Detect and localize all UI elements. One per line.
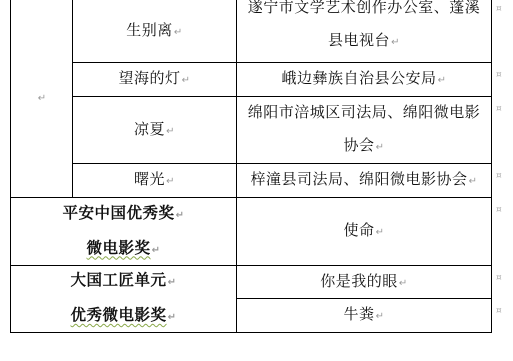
award-title: 优秀微电影奖 [71,306,167,324]
film-title: 牛粪 [344,305,375,323]
org-line: 县电视台 [328,31,390,49]
award-title: 平安中国优秀奖 [63,204,175,222]
award-title: 大国工匠单元 [71,271,167,289]
row-end-mark: ¤ [496,205,502,215]
film-cell: 凉夏↵ [73,97,236,163]
film-title: 你是我的眼 [320,272,398,290]
empty-category-cell: ↵ [11,0,72,197]
org-cell: 绵阳市涪城区司法局、绵阳微电影 协会↵ [237,97,491,163]
org-cell: 遂宁市文学艺术创作办公室、蓬溪 县电视台↵ [237,0,491,62]
row-end-mark: ¤ [496,70,502,80]
film-title: 曙光 [134,170,165,188]
org-line: 遂宁市文学艺术创作办公室、蓬溪 [248,0,481,24]
paragraph-mark: ↵ [38,93,46,104]
award-title: 微电影奖 [87,239,151,257]
award-title-cell: 大国工匠单元↵ 优秀微电影奖↵ [11,266,236,332]
row-end-mark: ¤ [496,4,502,14]
row-end-mark: ¤ [496,273,502,283]
table-border-right [491,0,492,333]
row-end-mark: ¤ [496,306,502,316]
award-title-cell: 平安中国优秀奖↵ 微电影奖↵ [11,198,236,265]
org-line: 峨边彝族自治县公安局 [282,69,437,87]
film-cell: 望海的灯↵ [73,63,236,96]
award-film-cell: 使命↵ [237,198,491,265]
film-cell: 曙光↵ [73,164,236,197]
org-cell: 峨边彝族自治县公安局↵ [237,63,491,96]
org-line: 梓潼县司法局、绵阳微电影协会 [251,170,468,188]
org-line: 协会 [344,136,375,154]
org-line: 绵阳市涪城区司法局、绵阳微电影 [248,96,481,129]
row-end-mark: ¤ [496,104,502,114]
film-title: 使命 [344,221,375,239]
award-film-cell: 牛粪↵ [237,299,491,332]
award-film-cell: 你是我的眼↵ [237,266,491,298]
row-end-mark: ¤ [496,171,502,181]
film-title: 望海的灯 [119,69,181,87]
org-cell: 梓潼县司法局、绵阳微电影协会↵ [237,164,491,197]
film-title: 生别离 [126,21,173,39]
film-title: 凉夏 [134,120,165,138]
film-cell: 生别离↵ [73,0,236,62]
